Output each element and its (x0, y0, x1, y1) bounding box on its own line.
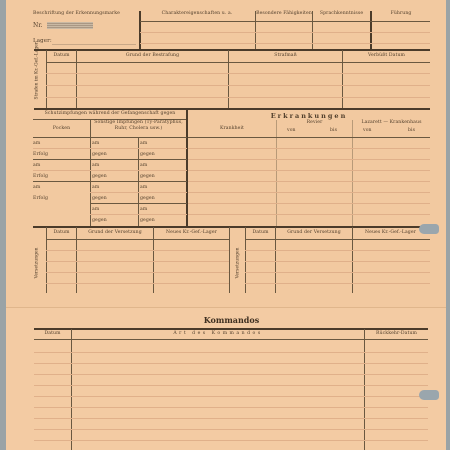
lazarett-bis: bis (408, 128, 415, 133)
divider (229, 227, 230, 293)
sprachkenntnisse-label: Sprachkenntnisse (313, 11, 370, 16)
rule (46, 62, 430, 63)
kommandos-title: Kommandos (33, 315, 430, 325)
pocken-am-3: am (33, 185, 40, 190)
pocken-am-2: am (33, 163, 40, 168)
impf-gegen: gegen (92, 196, 107, 201)
impf-am: am (140, 185, 147, 190)
kommandos-col-art: Art des Kommandos (72, 331, 364, 336)
pocken-erfolg-3: Erfolg (33, 196, 48, 201)
rule (188, 181, 430, 182)
rule (245, 250, 430, 251)
rule (245, 283, 430, 284)
impf-am: am (92, 163, 99, 168)
rule (46, 283, 229, 284)
divider (276, 120, 277, 226)
divider (364, 329, 365, 450)
impf-am: am (140, 207, 147, 212)
punch-hole (419, 390, 439, 400)
versetzung-col-grund-left: Grund der Versetzung (77, 230, 153, 235)
nr-label: Nr. (33, 22, 43, 29)
rule (90, 192, 187, 193)
rule (33, 137, 187, 138)
rule (188, 137, 430, 138)
rule (33, 148, 187, 149)
impf-am: am (140, 141, 147, 146)
rule (188, 170, 430, 171)
revier-von: von (287, 128, 296, 133)
erkrankungen-title: Erkrankungen (188, 112, 430, 120)
impf-gegen: gegen (140, 218, 155, 223)
charakter-label: Charaktereigenschaften u. a. (141, 11, 253, 16)
rule (34, 339, 428, 340)
versetzung-col-datum-right: Datum (246, 230, 275, 235)
impf-am: am (92, 207, 99, 212)
erkennungsmarke-label: Beschriftung der Erkennungsmarke (33, 11, 120, 16)
sonstige-header: Sonstige Impfungen (Ty-Paratyphus, Ruhr,… (91, 120, 186, 132)
revier-header: Revier (277, 120, 352, 125)
strafen-col-verbuesst: Verbüßt Datum (343, 53, 430, 58)
strafen-col-strafmass: Strafmaß (229, 53, 342, 58)
rule (34, 108, 430, 110)
rule (34, 418, 428, 419)
rule (34, 440, 428, 441)
rule (34, 429, 428, 430)
rule (34, 363, 428, 364)
rule (34, 385, 428, 386)
impf-gegen: gegen (92, 218, 107, 223)
pocken-am-1: am (33, 141, 40, 146)
versetzungen-side-label-left: Versetzungen (35, 239, 40, 279)
versetzung-col-datum-left: Datum (47, 230, 76, 235)
impf-gegen: gegen (140, 196, 155, 201)
lazarett-header: Lazarett — Krankenhaus (353, 120, 430, 125)
versetzungen-side-label-right: Versetzungen (236, 239, 241, 279)
divider (76, 50, 77, 108)
rule (140, 21, 430, 22)
kommandos-col-rueckkehr: Rückkehr-Datum (365, 331, 428, 336)
fuehrung-label: Führung (372, 11, 430, 16)
rule (46, 272, 229, 273)
lazarett-von: von (363, 128, 372, 133)
impf-gegen: gegen (140, 174, 155, 179)
rule (33, 181, 187, 182)
rule (46, 85, 430, 86)
impf-gegen: gegen (92, 174, 107, 179)
rule (140, 32, 430, 33)
rule (245, 272, 430, 273)
divider (342, 50, 343, 108)
divider (228, 50, 229, 108)
pocken-erfolg-2: Erfolg (33, 174, 48, 179)
rule (188, 214, 430, 215)
rule (188, 148, 430, 149)
rule (46, 250, 229, 251)
rule (46, 261, 229, 262)
pocken-erfolg-1: Erfolg (33, 152, 48, 157)
rule (46, 73, 430, 74)
pocken-header: Pocken (33, 126, 90, 131)
kommandos-col-datum: Datum (34, 331, 71, 336)
impf-gegen: gegen (92, 152, 107, 157)
faehigkeiten-label: Besondere Fähigkeiten (256, 11, 312, 16)
krankheit-header: Krankheit (188, 126, 276, 131)
rule (34, 49, 430, 51)
rule (34, 374, 428, 375)
impf-gegen: gegen (140, 152, 155, 157)
rule (34, 396, 428, 397)
rule (46, 239, 229, 240)
strafen-col-grund: Grund der Bestrafung (77, 53, 228, 58)
rule (34, 328, 428, 330)
versetzung-col-lager-left: Neues Kr.-Gef.-Lager (154, 230, 229, 235)
redacted-number (47, 22, 93, 29)
rule (33, 226, 430, 228)
rule (188, 203, 430, 204)
rule (188, 192, 430, 193)
rule (188, 159, 430, 160)
rule (33, 170, 187, 171)
rule (140, 43, 430, 44)
divider (90, 119, 91, 226)
rule (90, 203, 187, 204)
punch-hole (419, 224, 439, 234)
impfungen-title: Schutzimpfungen während der Gefangenscha… (33, 111, 187, 116)
rule (245, 261, 430, 262)
strafen-side-label: Strafen im Kr.-Gef.-Lager (35, 50, 40, 100)
divider (352, 120, 353, 226)
rule (46, 97, 430, 98)
rule (33, 159, 187, 160)
divider (46, 50, 47, 108)
impf-am: am (92, 141, 99, 146)
versetzung-col-grund-right: Grund der Versetzung (276, 230, 352, 235)
rule (34, 407, 428, 408)
lager-field-line[interactable] (52, 44, 136, 45)
impf-am: am (140, 163, 147, 168)
rule (245, 239, 430, 240)
versetzung-col-lager-right: Neues Kr.-Gef.-Lager (353, 230, 428, 235)
strafen-col-datum: Datum (47, 53, 76, 58)
rule (34, 352, 428, 353)
revier-bis: bis (330, 128, 337, 133)
impf-am: am (92, 185, 99, 190)
divider (71, 329, 72, 450)
rule (90, 214, 187, 215)
